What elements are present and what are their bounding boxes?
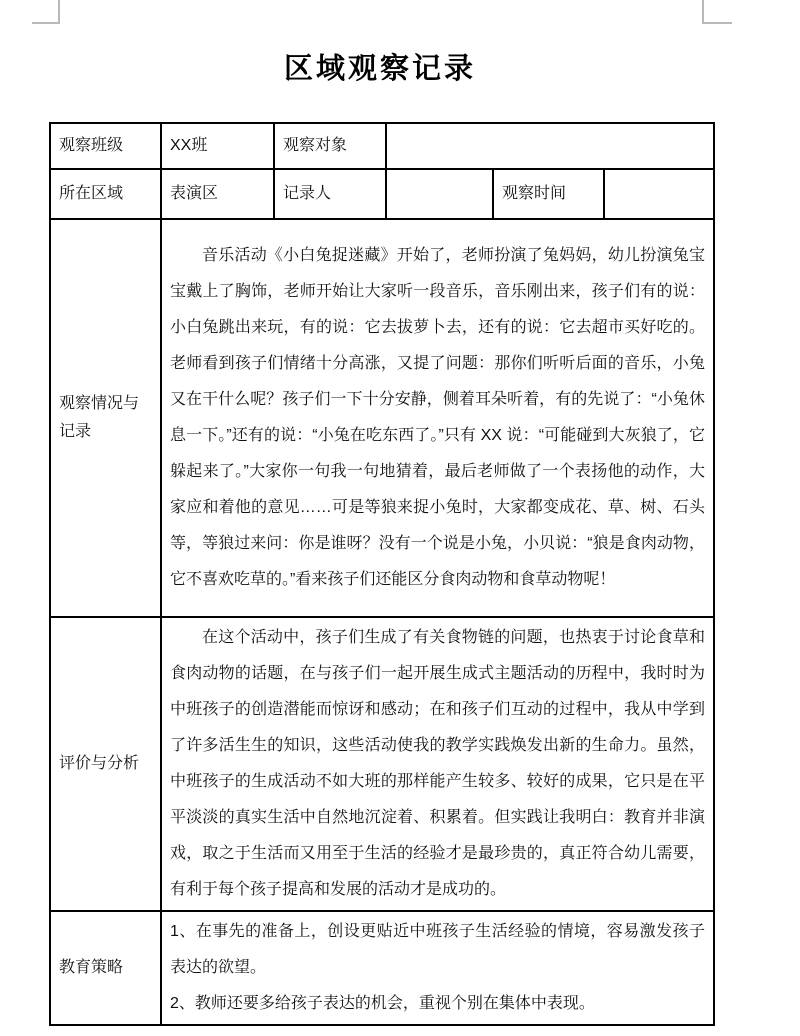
table-row-evaluation: 评价与分析 在这个活动中，孩子们生成了有关食物链的问题，也热衷于讨论食草和食肉动… — [50, 617, 714, 911]
page-margin-mark-top-left — [32, 0, 60, 24]
evaluation-label: 评价与分析 — [50, 617, 161, 911]
strategy-item-2: 2、教师还要多给孩子表达的机会，重视个别在集体中表现。 — [170, 986, 705, 1022]
strategy-item-1: 1、在事先的准备上，创设更贴近中班孩子生活经验的情境，容易激发孩子表达的欲望。 — [170, 914, 705, 986]
page-margin-mark-top-right — [702, 0, 732, 24]
page-title: 区域观察记录 — [49, 46, 711, 87]
observation-record-label: 观察情况与记录 — [50, 219, 161, 617]
observed-class-value: XX班 — [161, 123, 274, 169]
table-row-strategy: 教育策略 1、在事先的准备上，创设更贴近中班孩子生活经验的情境，容易激发孩子表达… — [50, 911, 714, 1025]
observation-record-table: 观察班级 XX班 观察对象 所在区域 表演区 记录人 观察时间 观察情况与记录 … — [49, 122, 715, 1026]
observed-target-label: 观察对象 — [274, 123, 386, 169]
observation-record-paragraph: 音乐活动《小白兔捉迷藏》开始了，老师扮演了兔妈妈，幼儿扮演兔宝宝戴上了胸饰，老师… — [170, 238, 705, 598]
observation-time-label: 观察时间 — [493, 169, 604, 219]
observation-time-value — [604, 169, 714, 219]
observed-target-value — [386, 123, 714, 169]
document-page: 区域观察记录 观察班级 XX班 观察对象 所在区域 表演区 记录人 观察时间 观… — [0, 0, 800, 1036]
table-row-area-info: 所在区域 表演区 记录人 观察时间 — [50, 169, 714, 219]
evaluation-content: 在这个活动中，孩子们生成了有关食物链的问题，也热衷于讨论食草和食肉动物的话题，在… — [161, 617, 714, 911]
evaluation-paragraph: 在这个活动中，孩子们生成了有关食物链的问题，也热衷于讨论食草和食肉动物的话题，在… — [170, 620, 705, 908]
observed-class-label: 观察班级 — [50, 123, 161, 169]
area-label: 所在区域 — [50, 169, 161, 219]
strategy-content: 1、在事先的准备上，创设更贴近中班孩子生活经验的情境，容易激发孩子表达的欲望。 … — [161, 911, 714, 1025]
strategy-label: 教育策略 — [50, 911, 161, 1025]
observation-record-content: 音乐活动《小白兔捉迷藏》开始了，老师扮演了兔妈妈，幼儿扮演兔宝宝戴上了胸饰，老师… — [161, 219, 714, 617]
recorder-value — [386, 169, 493, 219]
area-value: 表演区 — [161, 169, 274, 219]
table-row-class-info: 观察班级 XX班 观察对象 — [50, 123, 714, 169]
recorder-label: 记录人 — [274, 169, 386, 219]
table-row-observation: 观察情况与记录 音乐活动《小白兔捉迷藏》开始了，老师扮演了兔妈妈，幼儿扮演兔宝宝… — [50, 219, 714, 617]
